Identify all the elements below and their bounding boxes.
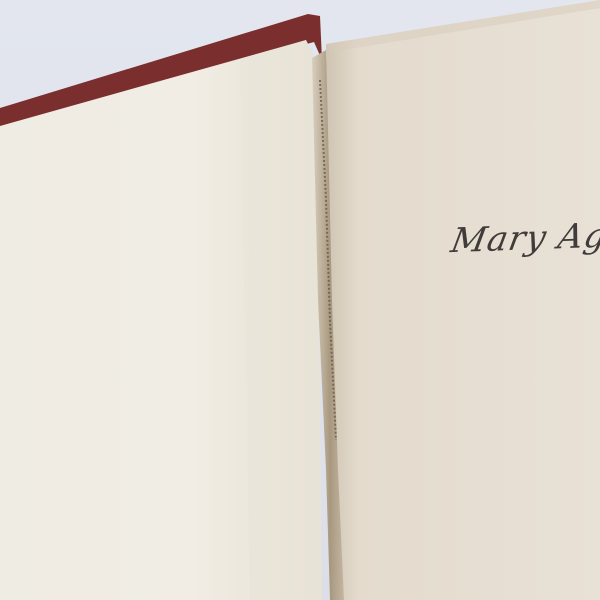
right-endpaper [326,0,600,600]
handwritten-inscription: Mary Agn [448,215,600,261]
book-illustration [0,0,600,600]
book-photo: Mary Agn [0,0,600,600]
left-endpaper [0,40,322,600]
